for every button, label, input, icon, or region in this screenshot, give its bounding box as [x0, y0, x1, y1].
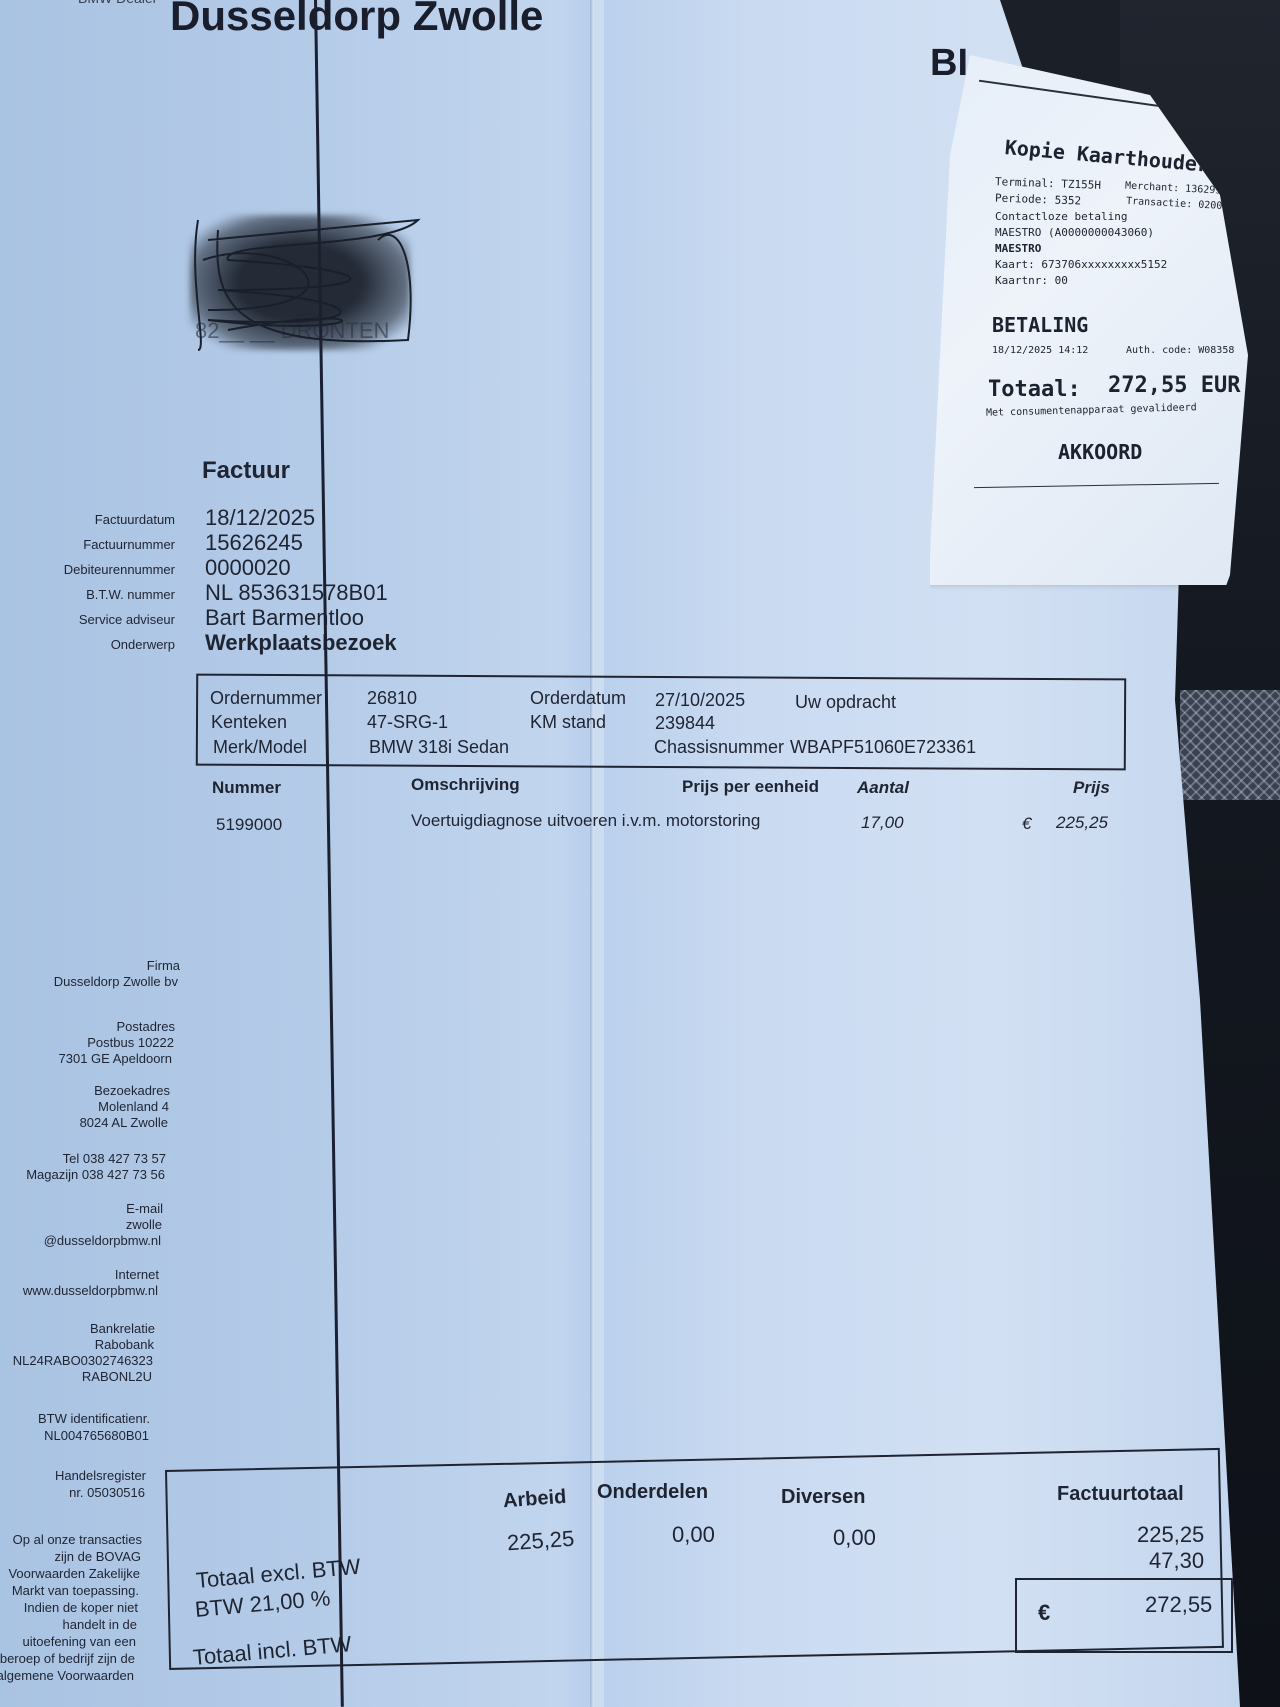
- logo-fragment: BI: [930, 42, 968, 85]
- arbeid-value: 225,25: [506, 1526, 575, 1557]
- col-prijs-per-eenheid: Prijs per eenheid: [682, 777, 819, 797]
- meta-label: Factuurnummer: [0, 537, 175, 552]
- col-aantal: Aantal: [857, 778, 909, 798]
- postadres-city: 7301 GE Apeldoorn: [0, 1051, 172, 1066]
- terms-line: Voorwaarden Zakelijke: [0, 1566, 140, 1581]
- internet-label: Internet: [0, 1267, 159, 1282]
- trade-register-label: Handelsregister: [0, 1468, 146, 1483]
- receipt-result: AKKOORD: [1058, 440, 1142, 464]
- terms-line: Op al onze transacties: [0, 1532, 142, 1547]
- vehicle-model: BMW 318i Sedan: [369, 737, 509, 758]
- grand-total-currency: €: [1038, 1600, 1050, 1626]
- order-date-label: Orderdatum: [530, 688, 626, 709]
- receipt-title: Kopie Kaarthouder: [1004, 135, 1210, 177]
- receipt-auth-code: Auth. code: W08358: [1126, 345, 1234, 356]
- receipt-aid: MAESTRO (A0000000043060): [995, 226, 1154, 239]
- terms-line: handelt in de: [0, 1617, 137, 1632]
- chassis-number: WBAPF51060E723361: [790, 737, 976, 758]
- receipt-card-seq: Kaartnr: 00: [995, 274, 1068, 287]
- trade-register-number: nr. 05030516: [0, 1485, 145, 1500]
- col-omschrijving: Omschrijving: [411, 775, 520, 795]
- grand-total: 272,55: [1145, 1592, 1212, 1618]
- terms-line: uitoefening van een: [0, 1634, 136, 1649]
- receipt-datetime: 18/12/2025 14:12: [992, 345, 1088, 356]
- email-domain[interactable]: @dusseldorpbmw.nl: [0, 1233, 161, 1248]
- receipt-signature-line: [974, 483, 1219, 488]
- firma-name: Dusseldorp Zwolle bv: [0, 974, 178, 989]
- diversen-value: 0,00: [833, 1525, 876, 1551]
- company-title: Dusseldorp Zwolle: [170, 0, 543, 40]
- vat-id: NL004765680B01: [0, 1428, 149, 1443]
- model-label: Merk/Model: [213, 737, 307, 758]
- item-currency: €: [1022, 814, 1031, 834]
- dealer-tag: BMW Dealer: [78, 0, 157, 6]
- meta-label: Onderwerp: [0, 637, 175, 652]
- receipt-method: Contactloze betaling: [995, 210, 1127, 223]
- bank-name: Rabobank: [0, 1337, 154, 1352]
- item-number: 5199000: [216, 815, 282, 835]
- meta-label: Debiteurennummer: [0, 562, 175, 577]
- meta-label: Factuurdatum: [0, 512, 175, 527]
- website-link[interactable]: www.dusseldorpbmw.nl: [0, 1283, 158, 1298]
- postadres-line: Postbus 10222: [0, 1035, 174, 1050]
- phone-warehouse: Magazijn 038 427 73 56: [0, 1167, 165, 1182]
- bezoekadres-street: Molenland 4: [0, 1099, 169, 1114]
- meta-label: Service adviseur: [0, 612, 175, 627]
- factuurtotaal-header: Factuurtotaal: [1057, 1483, 1184, 1506]
- item-price: 225,25: [1056, 813, 1108, 833]
- mileage-label: KM stand: [530, 712, 606, 733]
- terms-line: Markt van toepassing.: [0, 1583, 139, 1598]
- your-order-label: Uw opdracht: [795, 692, 896, 713]
- meta-value-subject: Werkplaatsbezoek: [205, 630, 397, 656]
- diversen-header: Diversen: [781, 1486, 866, 1509]
- phone: Tel 038 427 73 57: [0, 1151, 166, 1166]
- order-number-label: Ordernummer: [210, 688, 322, 709]
- seat-mesh-texture: [1180, 690, 1280, 800]
- meta-value-debtor: 0000020: [205, 555, 291, 581]
- meta-value-vat: NL 853631578B01: [205, 580, 388, 606]
- license-plate-label: Kenteken: [211, 712, 287, 733]
- receipt-total-label: Totaal:: [988, 377, 1081, 402]
- terms-line: zijn de BOVAG: [0, 1549, 141, 1564]
- item-description: Voertuigdiagnose uitvoeren i.v.m. motors…: [411, 811, 760, 831]
- scribble-redaction: [188, 200, 428, 360]
- vat-amount: 47,30: [1149, 1548, 1204, 1574]
- receipt-period: Periode: 5352: [995, 192, 1081, 208]
- total-excl-vat: 225,25: [1137, 1522, 1204, 1548]
- onderdelen-header: Onderdelen: [597, 1481, 708, 1504]
- arbeid-header: Arbeid: [502, 1486, 567, 1513]
- receipt-merchant: Merchant: 136299: [1125, 180, 1222, 196]
- meta-value-advisor: Bart Barmentloo: [205, 605, 364, 631]
- receipt-total-value: 272,55 EUR: [1108, 373, 1240, 398]
- meta-value-number: 15626245: [205, 530, 303, 556]
- license-plate: 47-SRG-1: [367, 712, 448, 733]
- bank-iban: NL24RABO0302746323: [0, 1353, 153, 1368]
- chassis-label: Chassisnummer: [654, 737, 784, 758]
- terms-line: algemene Voorwaarden: [0, 1668, 134, 1683]
- order-date: 27/10/2025: [655, 690, 745, 711]
- bank-label: Bankrelatie: [0, 1321, 155, 1336]
- vat-id-label: BTW identificatienr.: [0, 1411, 150, 1426]
- terms-line: Indien de koper niet: [0, 1600, 138, 1615]
- meta-value-date: 18/12/2025: [205, 505, 315, 531]
- email-user: zwolle: [0, 1217, 162, 1232]
- meta-label: B.T.W. nummer: [0, 587, 175, 602]
- col-prijs: Prijs: [1073, 778, 1110, 798]
- paper-fold-highlight: [594, 0, 604, 1707]
- item-quantity: 17,00: [861, 813, 904, 833]
- postadres-label: Postadres: [0, 1019, 175, 1034]
- bezoekadres-label: Bezoekadres: [0, 1083, 170, 1098]
- receipt-validated: Met consumentenapparaat gevalideerd: [986, 402, 1197, 419]
- receipt-brand: MAESTRO: [995, 242, 1041, 255]
- terms-line: beroep of bedrijf zijn de: [0, 1651, 135, 1666]
- email-label: E-mail: [0, 1201, 163, 1216]
- receipt-status-title: BETALING: [992, 313, 1088, 337]
- order-number: 26810: [367, 688, 417, 709]
- receipt-card: Kaart: 673706xxxxxxxxx5152: [995, 258, 1167, 271]
- onderdelen-value: 0,00: [672, 1522, 715, 1548]
- firma-label: Firma: [0, 958, 180, 973]
- receipt-terminal: Terminal: TZ155H: [995, 175, 1101, 192]
- col-nummer: Nummer: [212, 778, 281, 798]
- invoice-title: Factuur: [202, 457, 290, 485]
- bezoekadres-city: 8024 AL Zwolle: [0, 1115, 168, 1130]
- bank-bic: RABONL2U: [0, 1369, 152, 1384]
- mileage: 239844: [655, 713, 715, 734]
